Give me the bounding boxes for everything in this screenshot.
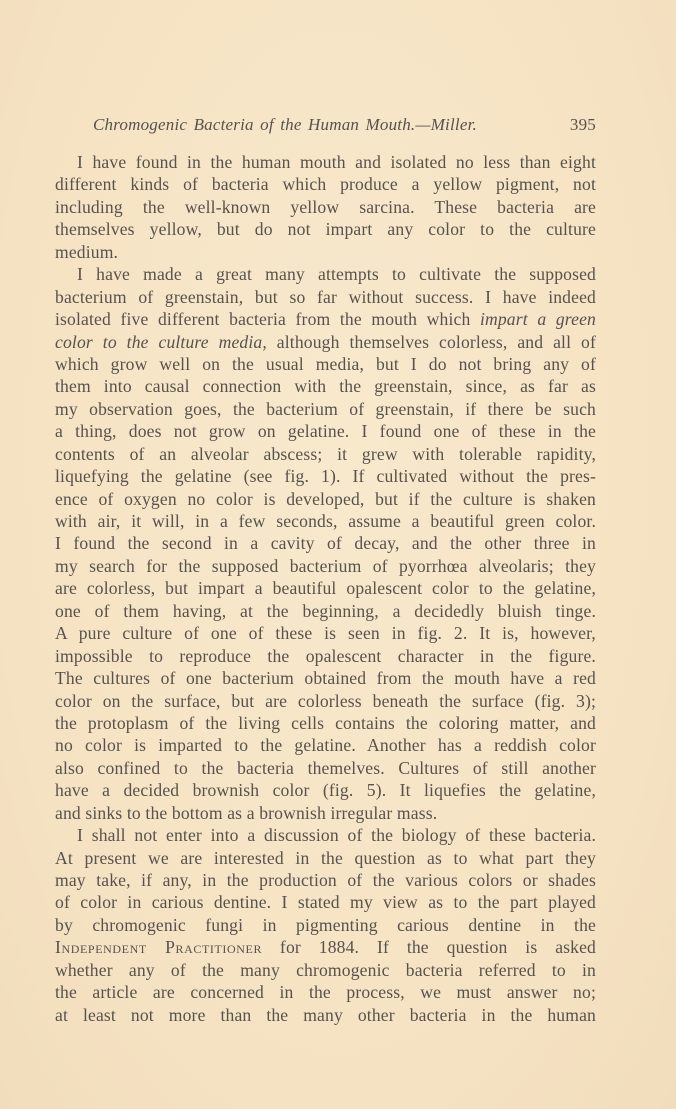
text-line: I shall not enter into a discussion of t… (55, 824, 596, 846)
text-line: contents of an alveolar abscess; it grew… (55, 443, 596, 465)
body-text: I have found in the human mouth and isol… (55, 151, 596, 1026)
journal-title-small-caps: Independent Practitioner (55, 937, 262, 957)
text-line: are colorless, but impart a beautiful op… (55, 577, 596, 599)
text-line: at least not more than the many other ba… (55, 1004, 596, 1026)
paragraph-1: I have found in the human mouth and isol… (55, 151, 596, 263)
text-line: the article are concerned in the process… (55, 981, 596, 1003)
text-line: I have made a great many attempts to cul… (55, 263, 596, 285)
text-line: may take, if any, in the production of t… (55, 869, 596, 891)
text-line: bacterium of greenstain, but so far with… (55, 286, 596, 308)
text-line: color on the surface, but are colorless … (55, 690, 596, 712)
text-line: The cultures of one bacterium obtained f… (55, 667, 596, 689)
text-line: with air, it will, in a few seconds, ass… (55, 510, 596, 532)
text-line: including the well-known yellow sarcina.… (55, 196, 596, 218)
text-line: one of them having, at the beginning, a … (55, 600, 596, 622)
running-head: Chromogenic Bacteria of the Human Mouth.… (93, 115, 596, 139)
text-line: I have found in the human mouth and isol… (55, 151, 596, 173)
text-line: ence of oxygen no color is developed, bu… (55, 488, 596, 510)
text-line: which grow well on the usual media, but … (55, 353, 596, 375)
text-line: of color in carious dentine. I stated my… (55, 891, 596, 913)
page-number: 395 (570, 115, 596, 135)
text-span: although themselves colorless, and all o… (267, 332, 596, 352)
text-line: themselves yellow, but do not impart any… (55, 218, 596, 240)
text-line: Independent Practitioner for 1884. If th… (55, 936, 596, 958)
paragraph-3: I shall not enter into a discussion of t… (55, 824, 596, 1026)
text-span: isolated five different bacteria from th… (55, 309, 480, 329)
running-head-title: Chromogenic Bacteria of the Human Mouth.… (93, 115, 477, 135)
italic-emphasis: color to the culture media, (55, 332, 267, 352)
text-line: them into causal connection with the gre… (55, 375, 596, 397)
text-line: no color is imparted to the gelatine. An… (55, 734, 596, 756)
text-line: whether any of the many chromogenic bact… (55, 959, 596, 981)
document-page: Chromogenic Bacteria of the Human Mouth.… (55, 0, 596, 1109)
text-line: my search for the supposed bacterium of … (55, 555, 596, 577)
text-line: the protoplasm of the living cells conta… (55, 712, 596, 734)
text-line: impossible to reproduce the opalescent c… (55, 645, 596, 667)
text-line: color to the culture media, although the… (55, 331, 596, 353)
text-line: different kinds of bacteria which produc… (55, 173, 596, 195)
text-line: At present we are interested in the ques… (55, 847, 596, 869)
text-line: A pure culture of one of these is seen i… (55, 622, 596, 644)
text-line: a thing, does not grow on gelatine. I fo… (55, 420, 596, 442)
text-line: liquefying the gelatine (see fig. 1). If… (55, 465, 596, 487)
text-line: by chromogenic fungi in pigmenting cario… (55, 914, 596, 936)
text-line: medium. (55, 241, 596, 263)
text-line: have a decided brownish color (fig. 5). … (55, 779, 596, 801)
text-line: isolated five different bacteria from th… (55, 308, 596, 330)
text-line: also confined to the bacteria themelves.… (55, 757, 596, 779)
text-span: for 1884. If the question is asked (262, 937, 596, 957)
text-line: I found the second in a cavity of decay,… (55, 532, 596, 554)
paragraph-2: I have made a great many attempts to cul… (55, 263, 596, 824)
text-line: my observation goes, the bacterium of gr… (55, 398, 596, 420)
text-line: and sinks to the bottom as a brownish ir… (55, 802, 596, 824)
italic-emphasis: impart a green (480, 309, 596, 329)
